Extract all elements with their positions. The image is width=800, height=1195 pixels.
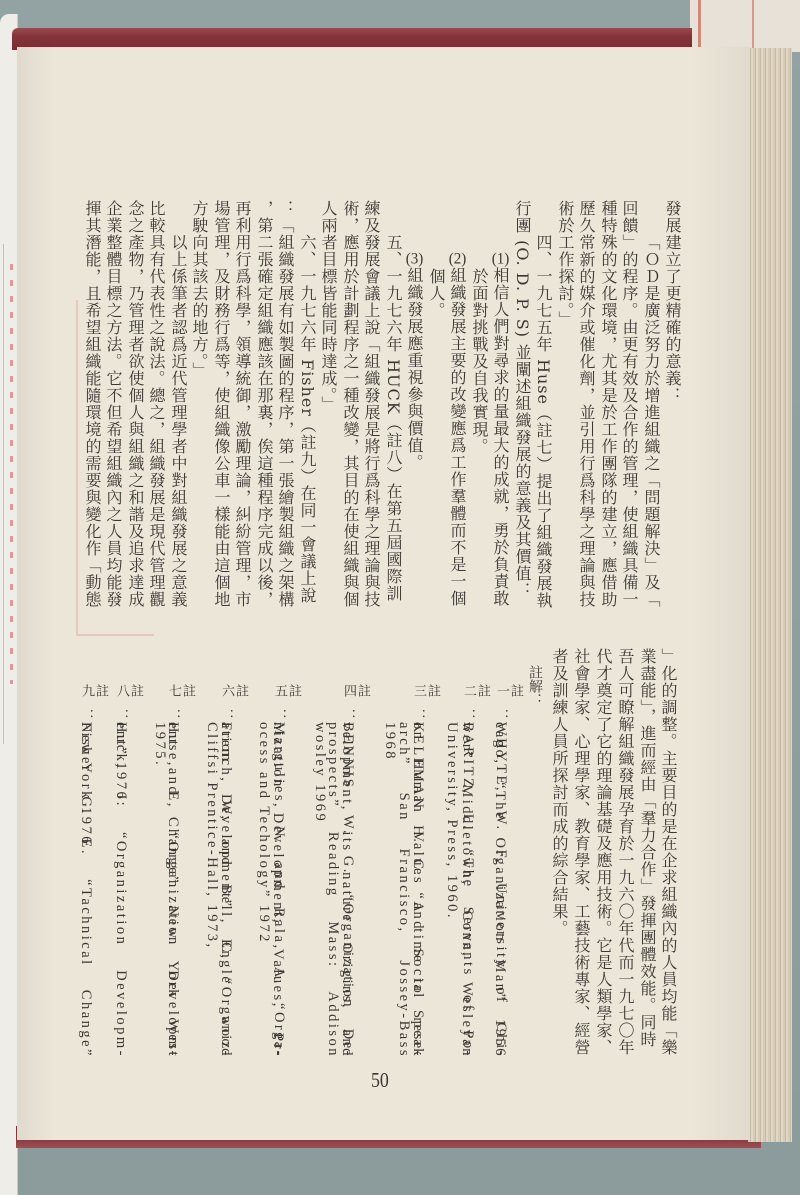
- text-column: 者及訓練人員所探討而成的綜合結果。: [548, 648, 570, 937]
- list-marker: (3): [406, 251, 423, 267]
- footnote-2: 註二：BARITZ, L. “The Servants of Po-: [475, 684, 489, 1058]
- summary-paragraph-start: 以上係筆者認爲近代管理學者中對組織發展之意義: [167, 234, 189, 608]
- footnote-2-line-2: wer” Middletown, Conn, Wesleyan: [460, 722, 474, 1058]
- text-column: 社會學家、心理學家、教育學家、工藝技術專家、經營: [570, 648, 592, 1056]
- footnote-3-line-4: 1968: [383, 722, 397, 1058]
- slip-red-line: [698, 0, 701, 52]
- paper-slip: [690, 0, 800, 52]
- footnote-marker: 註三：: [411, 684, 439, 722]
- footnote-marker: 註九：: [79, 684, 107, 722]
- footnote-4: 註四：BENNIS. W. G. “Organization De-: [355, 684, 369, 1058]
- list-item-text: 組織發展主要的改變應爲工作羣體而不是一個: [448, 267, 467, 607]
- footnote-4-line-4: wosley 1969: [313, 722, 327, 1058]
- footnote-4-line-3: prospects” Reading Mass: Addison: [326, 722, 340, 1058]
- quote-column: 「ＯＤ是廣泛努力於增進組織之「問題解決」及「: [640, 234, 662, 608]
- text-column: 術，應用於計劃程序之一種改變，其目的在使組織與個: [339, 200, 361, 608]
- text-column: 歷久常新的媒介或催化劑，並引用行爲科學之理論與技: [575, 200, 597, 608]
- text-column: 企業整體目標之方法。它不但希望組織內之人員均能發: [102, 200, 124, 608]
- footnote-9: 註九：Fisher G. E. “Tachnical Change”: [93, 684, 107, 1058]
- footnote-3-line-3: arch” San Francisco, Jossey-Bass: [397, 722, 411, 1058]
- text-column: 發展建立了更精確的意義：: [661, 200, 683, 404]
- text-column: 代才奠定了它的理論基礎及應用技術。它是人類學家、: [592, 648, 614, 1056]
- list-item-text: 相信人們對尋求的量最大的成就，勇於負責敢: [491, 267, 510, 607]
- page-stack-edge: [748, 48, 792, 1142]
- page-number: 50: [371, 1068, 389, 1093]
- footnote-8: 註八：Huck, J: “Organization Developm-: [128, 684, 142, 1058]
- footnote-marker: 註六：: [219, 684, 247, 722]
- footnote-3: 註三：KELEMAN H. C. “A time to Speak: [425, 684, 439, 1058]
- list-item-text: 組織發展應重視參與價值。: [405, 267, 424, 471]
- list-item-2-continued: 個人。: [425, 268, 447, 319]
- text-column: 方駛向其該去的地方。」: [188, 200, 210, 379]
- footnote-5: 註五：Margulies, N. and Rala, A. “Orga-: [286, 684, 300, 1058]
- text-column: 練及發展會議上說「組織發展是將行爲科學之理論與技: [360, 200, 382, 608]
- footnote-6-line-2: ation Development” Engle wood: [219, 722, 233, 1058]
- text-column: 」化的調整。主要目的是在企求組織內的人員均能「樂: [657, 648, 679, 1056]
- footnote-marker: 註四：: [341, 684, 369, 722]
- text-column: 場管理，及財務行爲等，使組織像公車一樣能由這個地: [210, 200, 232, 608]
- footnote-1: 註一：WHYTE, W. F, University of Chi-: [508, 684, 522, 1058]
- footnote-marker: 註二：: [461, 684, 489, 722]
- text-column: 行團 (O. D. P. S) 並闡述組織發展的意義及其價值：: [511, 200, 533, 599]
- text-column: 種特殊的文化環境，尤其是於工作團隊的建立，應借助: [597, 200, 619, 608]
- list-item-1-continued: 於面對挑戰及自我實現。: [468, 268, 490, 455]
- footnote-9-line-2: New York 1976: [79, 722, 93, 1058]
- list-item-3: (3)組織發展應重視參與價值。: [403, 251, 425, 471]
- section-five-heading: 五、一九七六年 HUCK（註八）在第五屆國際訓: [382, 234, 404, 602]
- facing-page-edge: [0, 14, 18, 1195]
- footnote-7-line-3: 1975.: [153, 722, 167, 1058]
- footnote-marker: 註八：: [114, 684, 142, 722]
- text-column: 回饋」的程序。由更有效及合作的管理，使組織具備一: [618, 200, 640, 608]
- footnote-4-line-2: velopment, its nature Origins, and: [340, 722, 354, 1058]
- section-four-heading: 四、一九七五年 Huse（註七）提出了組織發展執: [532, 234, 554, 609]
- notes-heading: 註解：: [526, 665, 544, 707]
- text-column: 再利用行爲科學，領導統御，激勵理論，糾紛管理，市: [231, 200, 253, 608]
- footnote-marker: 註五：: [272, 684, 300, 722]
- footnote-7: 註七：Huse, E, “Organization Developm-: [180, 684, 194, 1058]
- footnote-2-line-3: University, Press, 1960.: [445, 722, 459, 1058]
- text-column: ：「組織發展有如製圖的程序，第一張繪製組織之架構: [274, 200, 296, 608]
- text-column: 揮其潛能，且希望組織能隨環境的需要與變化作「動態: [81, 200, 103, 608]
- text-column: 吾人可瞭解組織發展孕育於一九六〇年代而一九七〇年: [614, 648, 636, 1056]
- footnote-1-line-2: cago, “The Organization Man” 1956: [493, 722, 507, 1058]
- footnote-5-line-3: ocess and Techology” 1972: [257, 722, 271, 1058]
- text-column: 比較具有代表性之說法。總之，組織發展是現代管理觀: [145, 200, 167, 608]
- footnote-7-line-2: ent and Change” New York West: [166, 722, 180, 1058]
- section-six-heading: 六、一九七六年 Fisher（註九）在同一會議上說: [296, 234, 318, 604]
- text-column: ，第二張確定組織應該在那裏，俟這種程序完成以後，: [253, 200, 275, 608]
- footnote-3-line-2: on Human Values and Social rese-: [411, 722, 425, 1058]
- footnote-8-line-2: ent” 1976: [114, 722, 128, 1058]
- list-marker: (2): [449, 251, 466, 267]
- footnote-marker: 註一：: [494, 684, 522, 722]
- list-item-2: (2)組織發展主要的改變應爲工作羣體而不是一個: [446, 251, 468, 607]
- text-column: 念之產物，乃管理者欲使個人與組織之和諧及追求達成: [124, 200, 146, 608]
- list-marker: (1): [492, 251, 509, 267]
- list-item-1: (1)相信人們對尋求的量最大的成就，勇於負責敢: [489, 251, 511, 607]
- footnote-marker: 註七：: [166, 684, 194, 722]
- facing-page-red-marks: [10, 264, 13, 684]
- footnote-6-line-3: Cliffsi Prentice-Hall, 1973,: [205, 722, 219, 1058]
- facing-page-rule: [3, 244, 4, 744]
- slip-red-line: [752, 0, 754, 52]
- text-column: 業盡能」，進而經由「羣力合作」發揮團體效能。同時: [636, 648, 658, 1048]
- text-column: 人兩者目標皆能同時達成。」: [317, 200, 339, 413]
- footnote-6: 註六：French, W, and Bell, C, “Organiz-: [233, 684, 247, 1058]
- footnote-5-line-2: nization Development; Values, Pr-: [271, 722, 285, 1058]
- text-column: 術於工作探討。」: [554, 200, 576, 328]
